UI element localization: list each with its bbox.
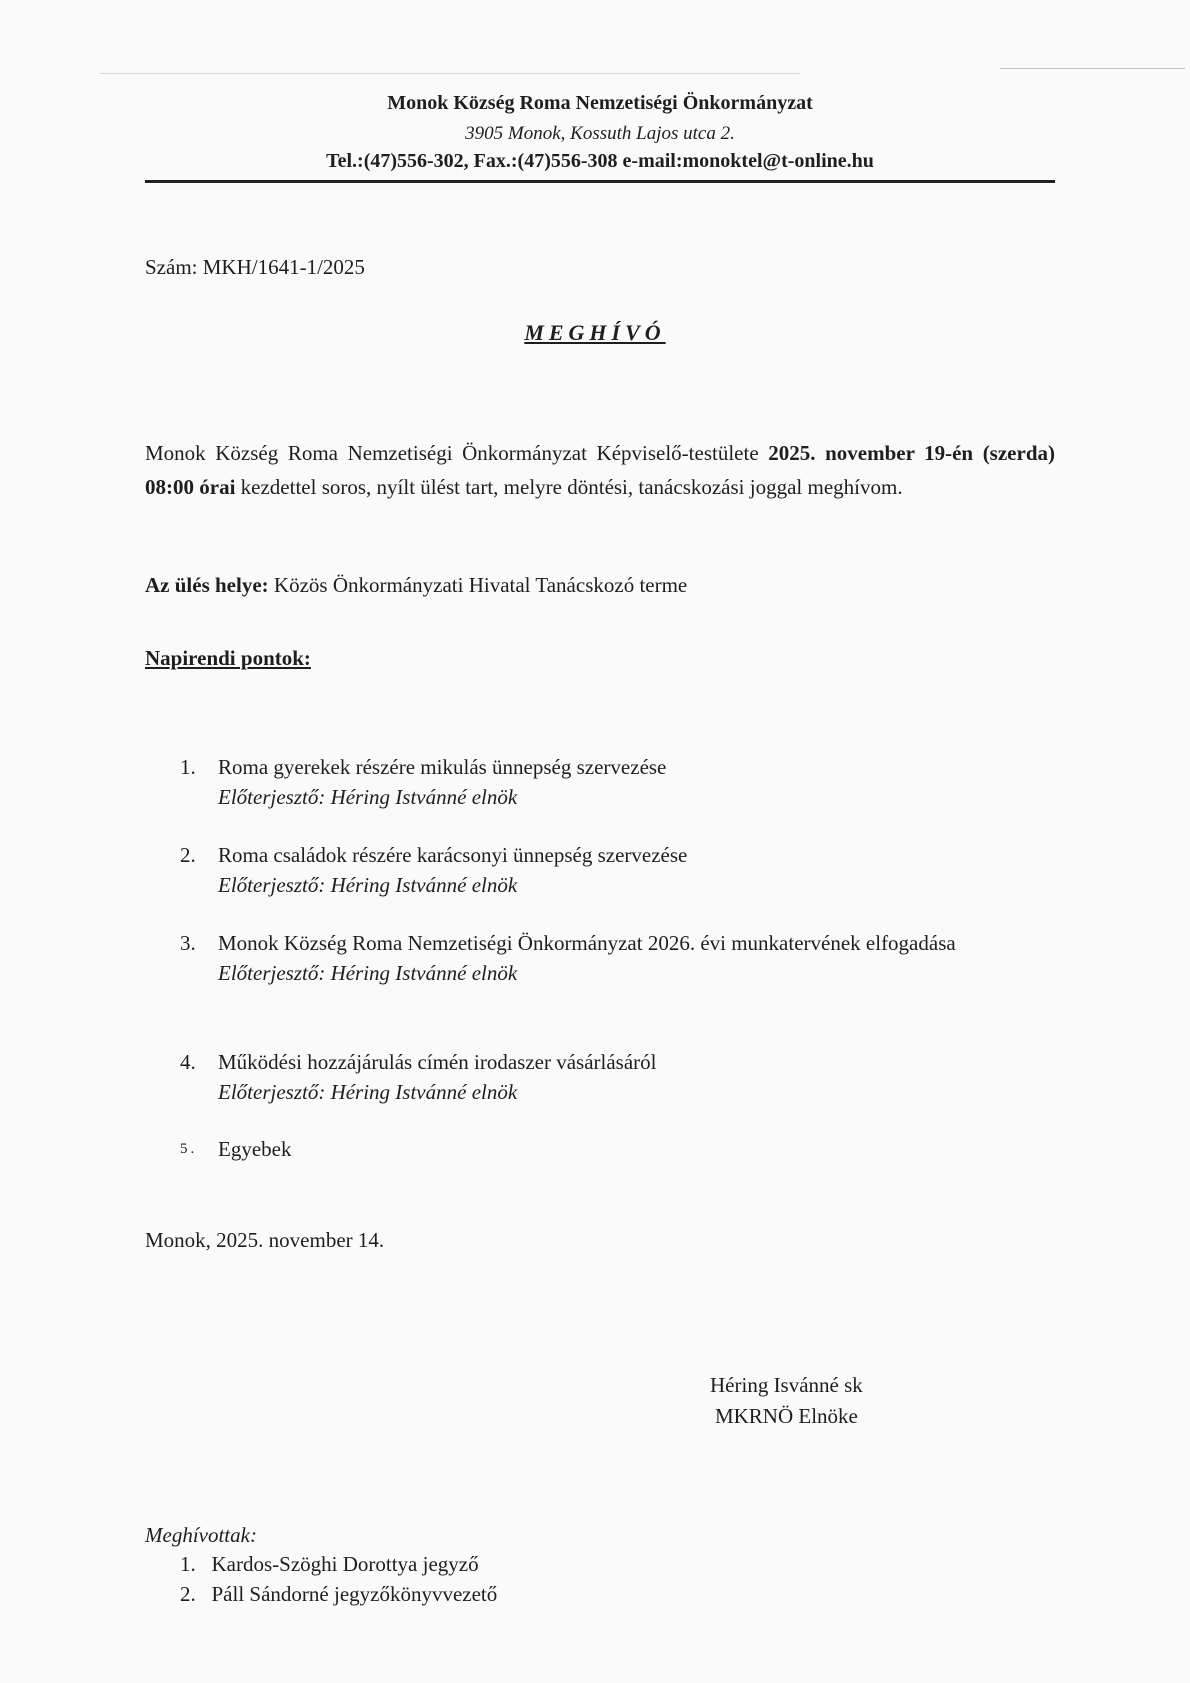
letterhead-address: 3905 Monok, Kossuth Lajos utca 2. bbox=[145, 123, 1055, 145]
signatory-name: Héring Isvánné sk bbox=[710, 1370, 863, 1401]
agenda-item: 4. Működési hozzájárulás címén irodaszer… bbox=[180, 1047, 1040, 1107]
agenda-item: 1. Roma gyerekek részére mikulás ünnepsé… bbox=[180, 752, 1040, 812]
invitee-item: 1. Kardos-Szöghi Dorottya jegyző bbox=[180, 1549, 479, 1579]
agenda-presenter: Előterjesztő: Héring Istvánné elnök bbox=[218, 1077, 1040, 1107]
reference-number: Szám: MKH/1641-1/2025 bbox=[145, 252, 365, 282]
agenda-presenter: Előterjesztő: Héring Istvánné elnök bbox=[218, 870, 1040, 900]
agenda-item: 2. Roma családok részére karácsonyi ünne… bbox=[180, 840, 1040, 900]
date-line: Monok, 2025. november 14. bbox=[145, 1225, 384, 1255]
signatory-role: MKRNÖ Elnöke bbox=[710, 1401, 863, 1432]
letterhead-organization: Monok Község Roma Nemzetiségi Önkormányz… bbox=[145, 92, 1055, 115]
scan-artifact-line bbox=[100, 73, 800, 74]
intro-paragraph: Monok Község Roma Nemzetiségi Önkormányz… bbox=[145, 436, 1055, 504]
letterhead-contact: Tel.:(47)556-302, Fax.:(47)556-308 e-mai… bbox=[145, 150, 1055, 173]
document-title: MEGHÍVÓ bbox=[0, 318, 1190, 348]
agenda-presenter: Előterjesztő: Héring Istvánné elnök bbox=[218, 782, 1040, 812]
agenda-item: 5. Egyebek bbox=[180, 1134, 1040, 1164]
invitee-item: 2. Páll Sándorné jegyzőkönyvvezető bbox=[180, 1579, 497, 1609]
letterhead-divider bbox=[145, 180, 1055, 183]
venue-label: Az ülés helye: bbox=[145, 573, 269, 597]
signature-block: Héring Isvánné sk MKRNÖ Elnöke bbox=[710, 1370, 863, 1432]
meeting-venue: Az ülés helye: Közös Önkormányzati Hivat… bbox=[145, 570, 687, 600]
venue-value: Közös Önkormányzati Hivatal Tanácskozó t… bbox=[269, 573, 688, 597]
scan-artifact-line bbox=[1000, 68, 1185, 69]
invitees-heading: Meghívottak: bbox=[145, 1520, 257, 1550]
agenda-presenter: Előterjesztő: Héring Istvánné elnök bbox=[218, 958, 1040, 988]
agenda-item: 3. Monok Község Roma Nemzetiségi Önkormá… bbox=[180, 928, 1040, 988]
agenda-heading: Napirendi pontok: bbox=[145, 643, 311, 673]
